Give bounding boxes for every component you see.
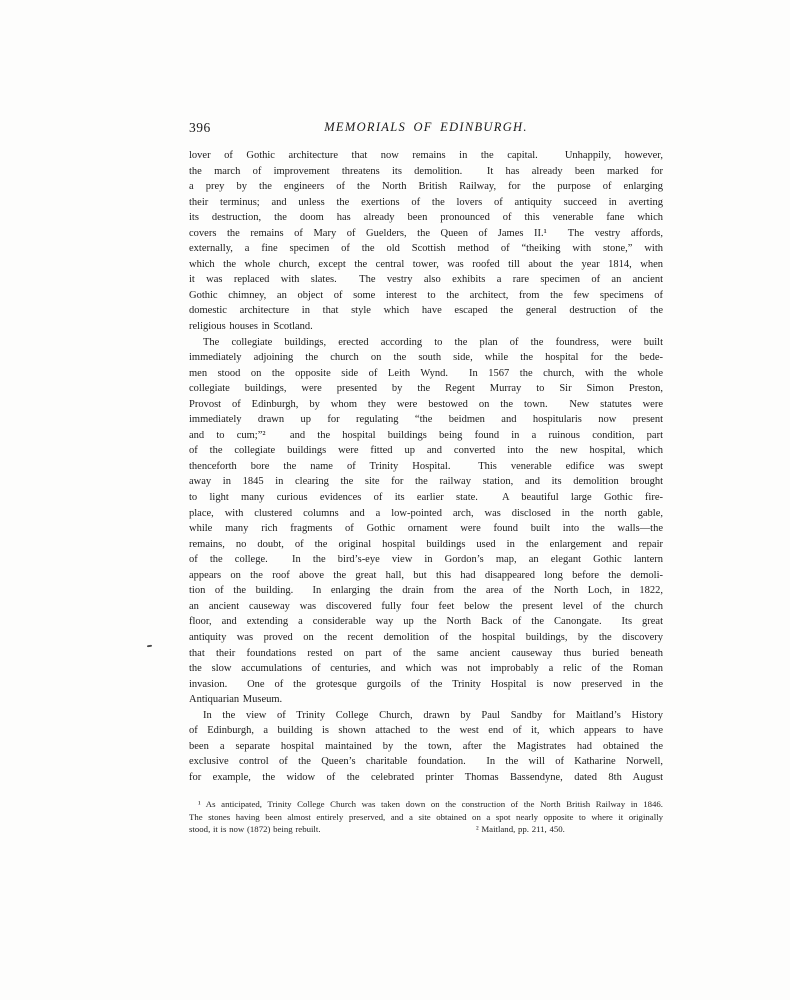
text-line: that their foundations rested on part of… (189, 646, 663, 662)
footnote-lines: ¹ As anticipated, Trinity College Church… (189, 798, 663, 823)
footnote-line: ¹ As anticipated, Trinity College Church… (189, 798, 663, 810)
text-line: a prey by the engineers of the North Bri… (189, 179, 663, 195)
text-line: exclusive control of the Queen’s charita… (189, 754, 663, 770)
text-line: floor, and extending a considerable way … (189, 614, 663, 630)
text-line: collegiate buildings, were presented by … (189, 381, 663, 397)
text-line: the march of improvement threatens its d… (189, 164, 663, 180)
text-line: immediately adjoining the church on the … (189, 350, 663, 366)
footnote-1-continuation: stood, it is now (1872) being rebuilt. (189, 824, 321, 834)
text-line: In the view of Trinity College Church, d… (189, 708, 663, 724)
footnotes: ¹ As anticipated, Trinity College Church… (189, 798, 663, 835)
text-line: lover of Gothic architecture that now re… (189, 148, 663, 164)
text-line: away in 1845 in clearing the site for th… (189, 474, 663, 490)
body-text: lover of Gothic architecture that now re… (189, 148, 663, 785)
text-line: externally, a fine specimen of the old S… (189, 241, 663, 257)
text-line: Antiquarian Museum. (189, 692, 663, 708)
text-line: domestic architecture in that style whic… (189, 303, 663, 319)
text-line: invasion. One of the grotesque gurgoils … (189, 677, 663, 693)
text-line: covers the remains of Mary of Guelders, … (189, 226, 663, 242)
book-page: 396 MEMORIALS OF EDINBURGH. lover of Got… (0, 0, 790, 1000)
text-line: immediately drawn up for regulating “the… (189, 412, 663, 428)
text-line: its destruction, the doom has already be… (189, 210, 663, 226)
text-line: men stood on the opposite side of Leith … (189, 366, 663, 382)
text-line: religious houses in Scotland. (189, 319, 663, 335)
paragraph: lover of Gothic architecture that now re… (189, 148, 663, 335)
text-line: which the whole church, except the centr… (189, 257, 663, 273)
page-content: 396 MEMORIALS OF EDINBURGH. lover of Got… (189, 120, 663, 835)
text-line: appears on the roof above the great hall… (189, 568, 663, 584)
text-line: remains, no doubt, of the original hospi… (189, 537, 663, 553)
text-line: and to cum;”² and the hospital buildings… (189, 428, 663, 444)
text-line: their terminus; and unless the exertions… (189, 195, 663, 211)
text-line: antiquity was proved on the recent demol… (189, 630, 663, 646)
ink-speck (147, 645, 152, 648)
text-line: place, with clustered columns and a low-… (189, 506, 663, 522)
text-line: to light many curious evidences of its e… (189, 490, 663, 506)
page-title: MEMORIALS OF EDINBURGH. (189, 120, 663, 135)
text-line: of Edinburgh, a building is shown attach… (189, 723, 663, 739)
text-line: of the collegiate buildings were fitted … (189, 443, 663, 459)
text-line: for example, the widow of the celebrated… (189, 770, 663, 786)
paragraph: The collegiate buildings, erected accord… (189, 335, 663, 708)
text-line: The collegiate buildings, erected accord… (189, 335, 663, 351)
text-line: an ancient causeway was discovered fully… (189, 599, 663, 615)
footnote-2: ² Maitland, pp. 211, 450. (476, 823, 565, 835)
text-line: tion of the building. In enlarging the d… (189, 583, 663, 599)
text-line: while many rich fragments of Gothic orna… (189, 521, 663, 537)
text-line: Gothic chimney, an object of some intere… (189, 288, 663, 304)
footnote-line: The stones having been almost entirely p… (189, 811, 663, 823)
footnote-line-last: stood, it is now (1872) being rebuilt. ²… (189, 823, 663, 835)
page-number: 396 (189, 120, 211, 136)
paragraph: In the view of Trinity College Church, d… (189, 708, 663, 786)
page-header: 396 MEMORIALS OF EDINBURGH. (189, 120, 663, 138)
text-line: it was replaced with slates. The vestry … (189, 272, 663, 288)
text-line: been a separate hospital maintained by t… (189, 739, 663, 755)
text-line: of the college. In the bird’s-eye view i… (189, 552, 663, 568)
text-line: Provost of Edinburgh, by whom they were … (189, 397, 663, 413)
text-line: thenceforth bore the name of Trinity Hos… (189, 459, 663, 475)
text-line: the slow accumulations of centuries, and… (189, 661, 663, 677)
